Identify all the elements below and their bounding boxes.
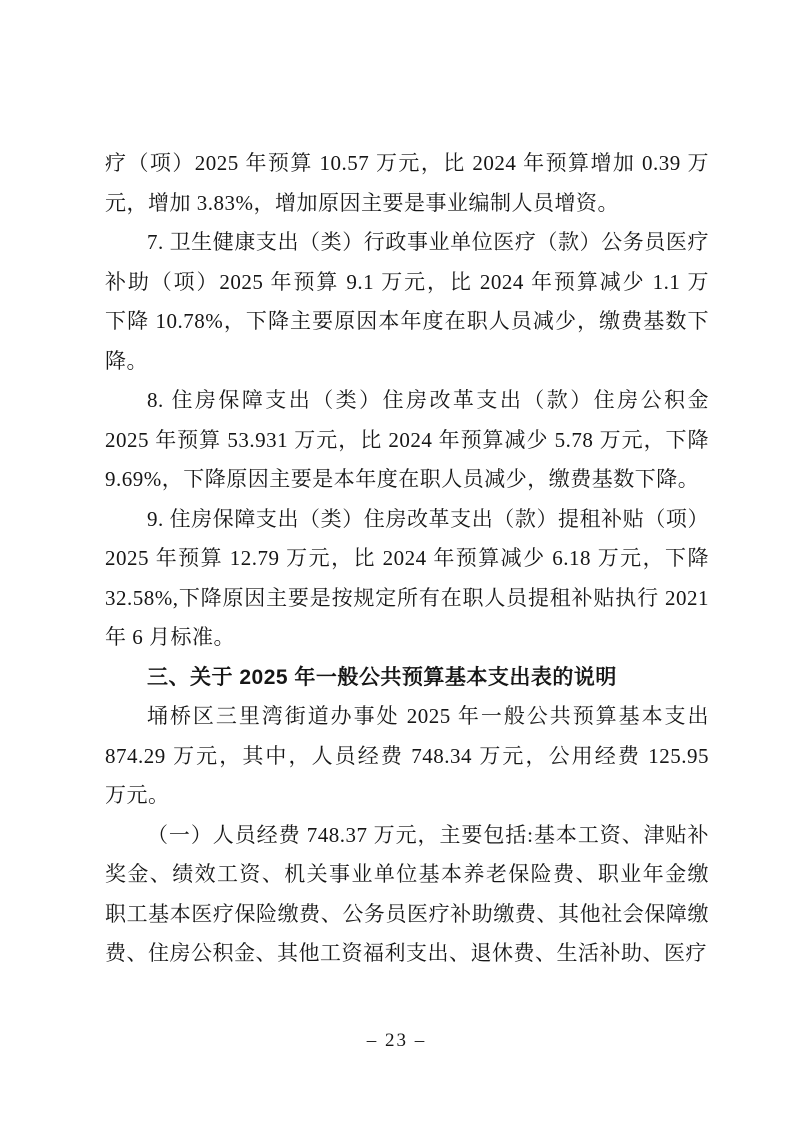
text-line: 9.69%，下降原因主要是本年度在职人员减少，缴费基数下降。	[105, 460, 709, 500]
text-line: 年 6 月标准。	[105, 618, 709, 658]
text-line: 降。	[105, 342, 709, 382]
text-line: 疗（项）2025 年预算 10.57 万元，比 2024 年预算增加 0.39 …	[105, 144, 709, 184]
text-line: 埇桥区三里湾街道办事处 2025 年一般公共预算基本支出	[105, 697, 709, 737]
text-line: 费、住房公积金、其他工资福利支出、退休费、生活补助、医疗	[105, 934, 709, 974]
text-line: 下降 10.78%，下降主要原因本年度在职人员减少，缴费基数下	[105, 302, 709, 342]
page-number: – 23 –	[367, 1030, 427, 1051]
text-line: 万元。	[105, 776, 709, 816]
document-page: 疗（项）2025 年预算 10.57 万元，比 2024 年预算增加 0.39 …	[0, 0, 793, 1122]
text-line: 职工基本医疗保险缴费、公务员医疗补助缴费、其他社会保障缴	[105, 895, 709, 935]
text-line: 补助（项）2025 年预算 9.1 万元，比 2024 年预算减少 1.1 万元…	[105, 263, 709, 303]
text-line: （一）人员经费 748.37 万元，主要包括:基本工资、津贴补贴、	[105, 816, 709, 856]
text-line: 元，增加 3.83%，增加原因主要是事业编制人员增资。	[105, 184, 709, 224]
section-heading: 三、关于 2025 年一般公共预算基本支出表的说明	[105, 658, 709, 698]
paragraph: 疗（项）2025 年预算 10.57 万元，比 2024 年预算增加 0.39 …	[105, 144, 709, 223]
text-line: 874.29 万元，其中，人员经费 748.34 万元，公用经费 125.95	[105, 737, 709, 777]
page-footer: – 23 –	[0, 1030, 793, 1052]
text-line: 7. 卫生健康支出（类）行政事业单位医疗（款）公务员医疗	[105, 223, 709, 263]
paragraph: 9. 住房保障支出（类）住房改革支出（款）提租补贴（项）2025 年预算 12.…	[105, 500, 709, 658]
document-body: 疗（项）2025 年预算 10.57 万元，比 2024 年预算增加 0.39 …	[105, 144, 709, 974]
paragraph: 7. 卫生健康支出（类）行政事业单位医疗（款）公务员医疗补助（项）2025 年预…	[105, 223, 709, 381]
text-line: 奖金、绩效工资、机关事业单位基本养老保险费、职业年金缴费、	[105, 855, 709, 895]
paragraph: 8. 住房保障支出（类）住房改革支出（款）住房公积金（项）2025 年预算 53…	[105, 381, 709, 500]
paragraph: （一）人员经费 748.37 万元，主要包括:基本工资、津贴补贴、奖金、绩效工资…	[105, 816, 709, 974]
text-line: 8. 住房保障支出（类）住房改革支出（款）住房公积金（项）	[105, 381, 709, 421]
text-line: 32.58%,下降原因主要是按规定所有在职人员提租补贴执行 2021	[105, 579, 709, 619]
text-line: 2025 年预算 53.931 万元，比 2024 年预算减少 5.78 万元，…	[105, 421, 709, 461]
text-line: 三、关于 2025 年一般公共预算基本支出表的说明	[105, 658, 709, 698]
paragraph: 埇桥区三里湾街道办事处 2025 年一般公共预算基本支出874.29 万元，其中…	[105, 697, 709, 816]
text-line: 9. 住房保障支出（类）住房改革支出（款）提租补贴（项）	[105, 500, 709, 540]
text-line: 2025 年预算 12.79 万元，比 2024 年预算减少 6.18 万元，下…	[105, 539, 709, 579]
